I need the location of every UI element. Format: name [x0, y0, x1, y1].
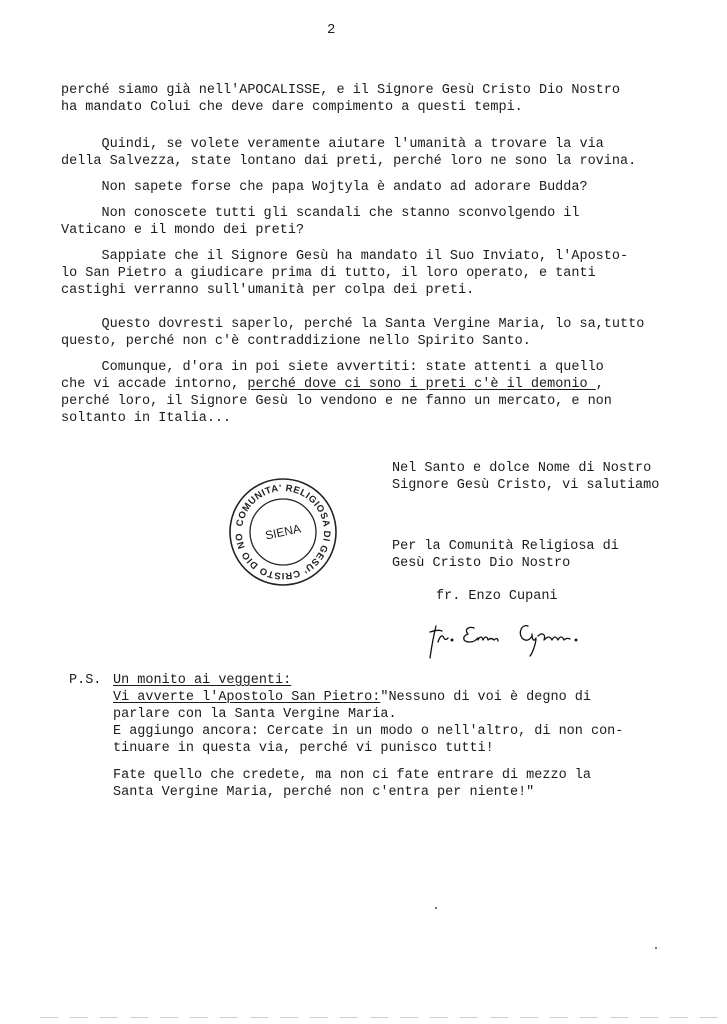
- body-line: Quindi, se volete veramente aiutare l'um…: [61, 136, 604, 153]
- signer-name: fr. Enzo Cupani: [436, 588, 558, 605]
- body-line: della Salvezza, state lontano dai preti,…: [61, 153, 636, 170]
- body-line: questo, perché non c'è contraddizione ne…: [61, 333, 531, 350]
- scan-speck: [655, 947, 657, 949]
- text-span: "Nessuno di voi è degno di: [380, 690, 591, 705]
- scan-edge: [40, 1017, 720, 1018]
- ps-line: Santa Vergine Maria, perché non c'entra …: [113, 784, 534, 801]
- body-line: castighi verranno sull'umanità per colpa…: [61, 282, 474, 299]
- stamp-center-text: SIENA: [264, 521, 302, 542]
- page-number: 2: [327, 22, 335, 38]
- ps-line: parlare con la Santa Vergine Maria.: [113, 706, 397, 723]
- ps-line: tinuare in questa via, perché vi punisco…: [113, 740, 494, 757]
- body-line: Sappiate che il Signore Gesù ha mandato …: [61, 248, 628, 265]
- ps-heading: Un monito ai veggenti:: [113, 672, 291, 689]
- body-line: Questo dovresti saperlo, perché la Santa…: [61, 316, 644, 333]
- closing-community: Gesù Cristo Dio Nostro: [392, 555, 570, 572]
- document-page: 2 perché siamo già nell'APOCALISSE, e il…: [0, 0, 727, 1024]
- ps-line: E aggiungo ancora: Cercate in un modo o …: [113, 723, 623, 740]
- underlined-phrase: perché dove ci sono i preti c'è il demon…: [247, 377, 595, 392]
- ps-line: Vi avverte l'Apostolo San Pietro:"Nessun…: [113, 689, 591, 706]
- seal-stamp-icon: COMUNITA' RELIGIOSA DI GESU' CRISTO DIO …: [227, 476, 339, 588]
- underlined-phrase: Vi avverte l'Apostolo San Pietro:: [113, 690, 380, 705]
- body-line: Comunque, d'ora in poi siete avvertiti: …: [61, 359, 604, 376]
- body-line: ha mandato Colui che deve dare compiment…: [61, 99, 523, 116]
- body-line: soltanto in Italia...: [61, 410, 231, 427]
- text-span: che vi accade intorno,: [61, 377, 247, 392]
- body-line: Vaticano e il mondo dei preti?: [61, 222, 304, 239]
- ps-line: Fate quello che credete, ma non ci fate …: [113, 767, 591, 784]
- ps-label: P.S.: [69, 672, 101, 689]
- body-line: che vi accade intorno, perché dove ci so…: [61, 376, 604, 393]
- closing-community: Per la Comunità Religiosa di: [392, 538, 619, 555]
- closing-greeting: Nel Santo e dolce Nome di Nostro: [392, 460, 651, 477]
- scan-speck: [435, 907, 437, 909]
- handwritten-signature-icon: [428, 612, 598, 662]
- body-line: Non sapete forse che papa Wojtyla è anda…: [61, 179, 588, 196]
- closing-greeting: Signore Gesù Cristo, vi salutiamo: [392, 477, 659, 494]
- body-line: Non conoscete tutti gli scandali che sta…: [61, 205, 579, 222]
- body-line: perché siamo già nell'APOCALISSE, e il S…: [61, 82, 620, 99]
- body-line: perché loro, il Signore Gesù lo vendono …: [61, 393, 612, 410]
- body-line: lo San Pietro a giudicare prima di tutto…: [61, 265, 596, 282]
- text-span: ,: [596, 377, 604, 392]
